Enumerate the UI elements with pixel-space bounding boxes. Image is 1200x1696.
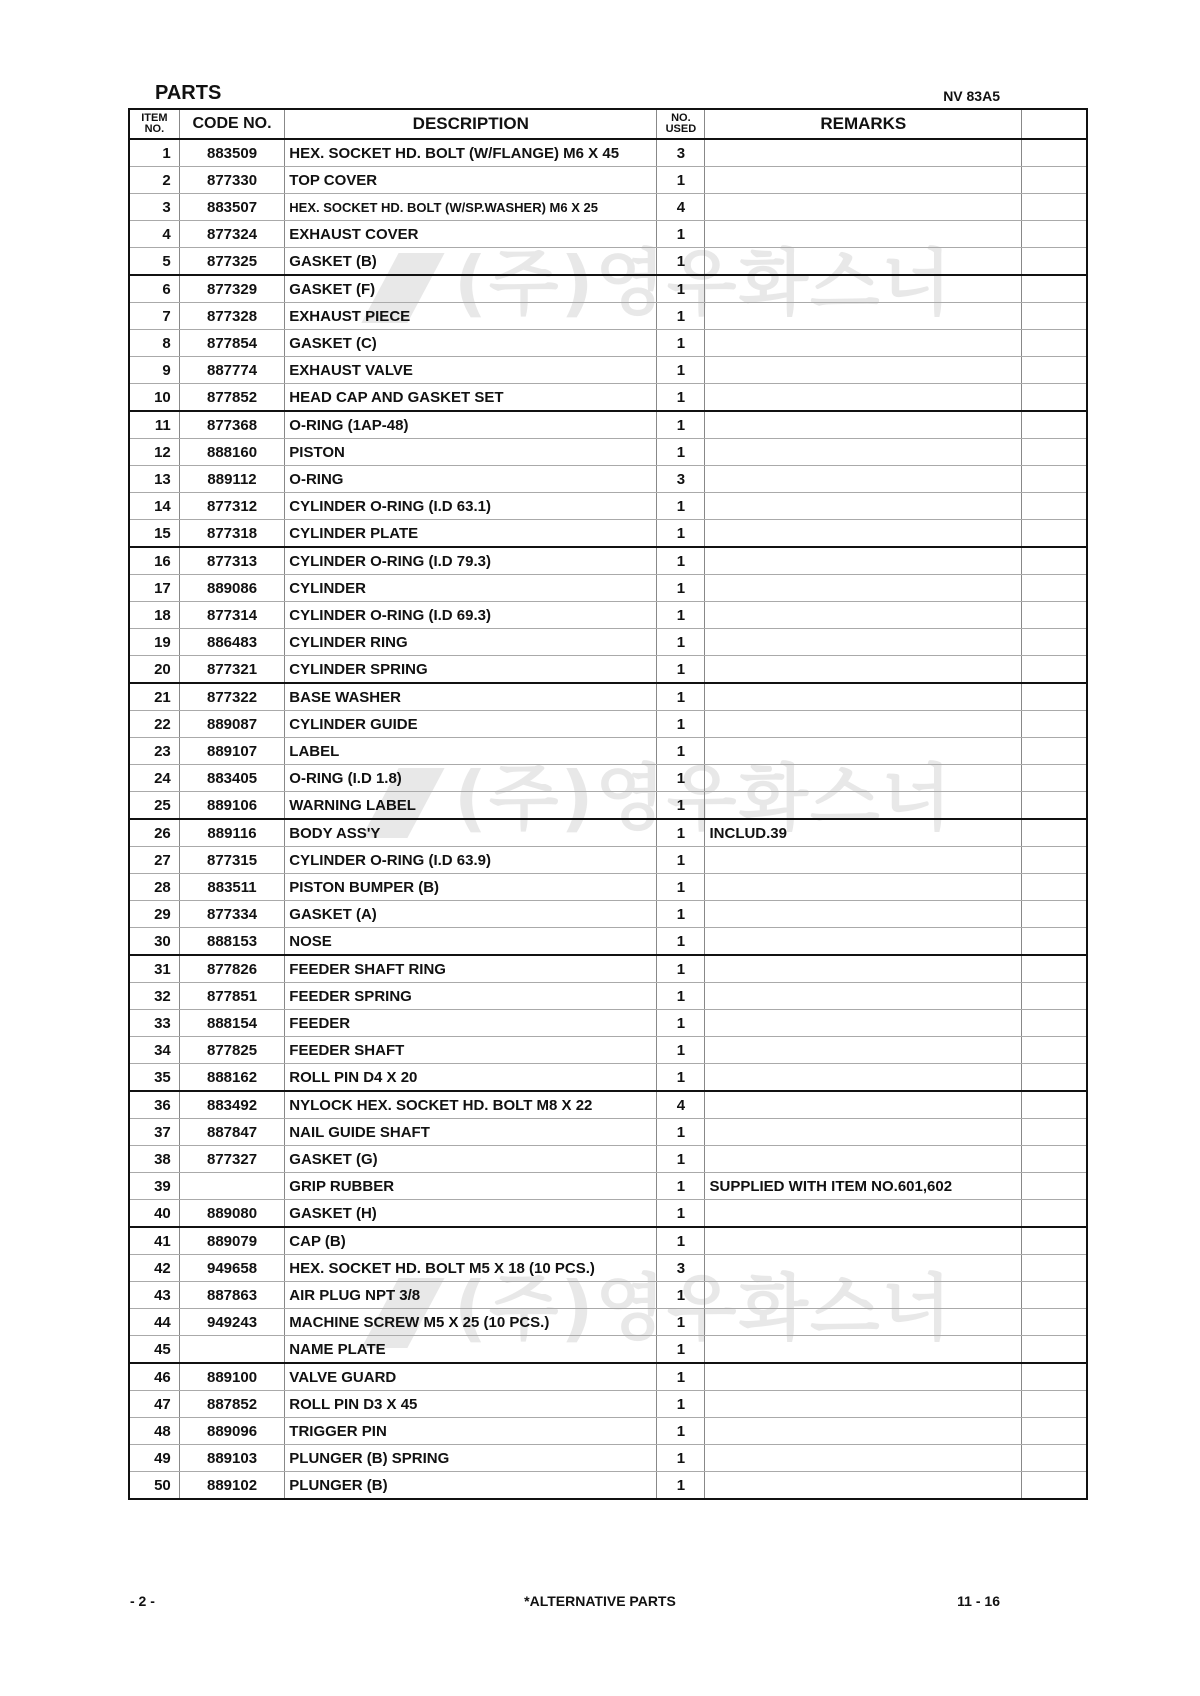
remarks-cell: [705, 1200, 1022, 1228]
item-no-cell: 37: [129, 1119, 179, 1146]
code-no-cell: 877327: [179, 1146, 285, 1173]
remarks-cell: [705, 520, 1022, 548]
remarks-cell: INCLUD.39: [705, 819, 1022, 847]
table-row: 37887847NAIL GUIDE SHAFT1: [129, 1119, 1087, 1146]
item-no-cell: 44: [129, 1309, 179, 1336]
description-cell: HEX. SOCKET HD. BOLT (W/SP.WASHER) M6 X …: [285, 194, 657, 221]
remarks-cell: [705, 928, 1022, 956]
code-no-cell: 877325: [179, 248, 285, 276]
description-cell: CYLINDER O-RING (I.D 69.3): [285, 602, 657, 629]
no-used-cell: 1: [657, 629, 705, 656]
no-used-cell: 1: [657, 928, 705, 956]
blank-cell: [1022, 1091, 1087, 1119]
blank-cell: [1022, 874, 1087, 901]
no-used-cell: 1: [657, 1445, 705, 1472]
remarks-cell: SUPPLIED WITH ITEM NO.601,602: [705, 1173, 1022, 1200]
item-no-cell: 24: [129, 765, 179, 792]
description-cell: NAME PLATE: [285, 1336, 657, 1364]
item-no-cell: 7: [129, 303, 179, 330]
item-no-cell: 20: [129, 656, 179, 684]
description-cell: CYLINDER: [285, 575, 657, 602]
description-cell: FEEDER SHAFT RING: [285, 955, 657, 983]
remarks-cell: [705, 1091, 1022, 1119]
no-used-cell: 4: [657, 1091, 705, 1119]
description-cell: EXHAUST VALVE: [285, 357, 657, 384]
item-no-cell: 22: [129, 711, 179, 738]
description-cell: FEEDER SPRING: [285, 983, 657, 1010]
no-used-cell: 3: [657, 1255, 705, 1282]
remarks-cell: [705, 357, 1022, 384]
description-cell: FEEDER: [285, 1010, 657, 1037]
description-cell: EXHAUST PIECE: [285, 303, 657, 330]
description-cell: O-RING: [285, 466, 657, 493]
no-used-cell: 1: [657, 167, 705, 194]
description-cell: ROLL PIN D3 X 45: [285, 1391, 657, 1418]
no-used-cell: 1: [657, 1010, 705, 1037]
item-no-cell: 38: [129, 1146, 179, 1173]
code-no-cell: 883492: [179, 1091, 285, 1119]
remarks-cell: [705, 1282, 1022, 1309]
code-no-cell: 877330: [179, 167, 285, 194]
table-row: 25889106WARNING LABEL1: [129, 792, 1087, 820]
description-cell: PISTON: [285, 439, 657, 466]
description-cell: GASKET (A): [285, 901, 657, 928]
blank-cell: [1022, 738, 1087, 765]
code-no-cell: 877318: [179, 520, 285, 548]
blank-cell: [1022, 411, 1087, 439]
blank-cell: [1022, 303, 1087, 330]
no-used-cell: 1: [657, 819, 705, 847]
remarks-cell: [705, 384, 1022, 412]
table-row: 20877321CYLINDER SPRING1: [129, 656, 1087, 684]
blank-cell: [1022, 683, 1087, 711]
blank-cell: [1022, 1472, 1087, 1500]
table-row: 4877324EXHAUST COVER1: [129, 221, 1087, 248]
table-row: 28883511PISTON BUMPER (B)1: [129, 874, 1087, 901]
description-cell: CYLINDER SPRING: [285, 656, 657, 684]
no-used-cell: 1: [657, 275, 705, 303]
no-used-cell: 1: [657, 602, 705, 629]
table-row: 41889079CAP (B)1: [129, 1227, 1087, 1255]
remarks-cell: [705, 1064, 1022, 1092]
table-row: 18877314CYLINDER O-RING (I.D 69.3)1: [129, 602, 1087, 629]
item-no-cell: 2: [129, 167, 179, 194]
parts-table: ITEMNO. CODE NO. DESCRIPTION NO.USED REM…: [128, 108, 1088, 1500]
no-used-cell: 1: [657, 384, 705, 412]
description-cell: CYLINDER O-RING (I.D 79.3): [285, 547, 657, 575]
item-no-cell: 35: [129, 1064, 179, 1092]
item-no-cell: 41: [129, 1227, 179, 1255]
table-row: 36883492NYLOCK HEX. SOCKET HD. BOLT M8 X…: [129, 1091, 1087, 1119]
no-used-cell: 1: [657, 656, 705, 684]
code-no-cell: 877826: [179, 955, 285, 983]
description-cell: FEEDER SHAFT: [285, 1037, 657, 1064]
remarks-cell: [705, 901, 1022, 928]
column-header-item-no: ITEMNO.: [129, 109, 179, 139]
code-no-cell: 889107: [179, 738, 285, 765]
remarks-cell: [705, 1418, 1022, 1445]
remarks-cell: [705, 303, 1022, 330]
blank-cell: [1022, 1064, 1087, 1092]
remarks-cell: [705, 683, 1022, 711]
table-row: 12888160PISTON1: [129, 439, 1087, 466]
blank-cell: [1022, 955, 1087, 983]
remarks-cell: [705, 874, 1022, 901]
blank-cell: [1022, 194, 1087, 221]
description-cell: AIR PLUG NPT 3/8: [285, 1282, 657, 1309]
table-row: 32877851FEEDER SPRING1: [129, 983, 1087, 1010]
no-used-cell: 1: [657, 330, 705, 357]
code-no-cell: [179, 1336, 285, 1364]
item-no-cell: 36: [129, 1091, 179, 1119]
code-no-cell: 889087: [179, 711, 285, 738]
blank-cell: [1022, 1010, 1087, 1037]
description-cell: GASKET (B): [285, 248, 657, 276]
blank-cell: [1022, 1445, 1087, 1472]
revision-date: 11 - 16: [957, 1593, 1000, 1609]
code-no-cell: 889086: [179, 575, 285, 602]
column-header-blank: [1022, 109, 1087, 139]
remarks-cell: [705, 765, 1022, 792]
table-row: 16877313CYLINDER O-RING (I.D 79.3)1: [129, 547, 1087, 575]
no-used-cell: 1: [657, 1200, 705, 1228]
item-no-cell: 19: [129, 629, 179, 656]
blank-cell: [1022, 330, 1087, 357]
no-used-cell: 1: [657, 1336, 705, 1364]
code-no-cell: 877321: [179, 656, 285, 684]
code-no-cell: 883511: [179, 874, 285, 901]
blank-cell: [1022, 983, 1087, 1010]
code-no-cell: 888154: [179, 1010, 285, 1037]
description-cell: CYLINDER GUIDE: [285, 711, 657, 738]
description-cell: HEX. SOCKET HD. BOLT (W/FLANGE) M6 X 45: [285, 139, 657, 167]
code-no-cell: 888160: [179, 439, 285, 466]
table-row: 13889112O-RING3: [129, 466, 1087, 493]
description-cell: CYLINDER O-RING (I.D 63.1): [285, 493, 657, 520]
remarks-cell: [705, 275, 1022, 303]
item-no-cell: 49: [129, 1445, 179, 1472]
item-no-cell: 39: [129, 1173, 179, 1200]
description-cell: HEAD CAP AND GASKET SET: [285, 384, 657, 412]
blank-cell: [1022, 466, 1087, 493]
code-no-cell: 889079: [179, 1227, 285, 1255]
blank-cell: [1022, 928, 1087, 956]
no-used-cell: 1: [657, 792, 705, 820]
table-row: 38877327GASKET (G)1: [129, 1146, 1087, 1173]
table-row: 34877825FEEDER SHAFT1: [129, 1037, 1087, 1064]
code-no-cell: 889103: [179, 1445, 285, 1472]
item-no-cell: 10: [129, 384, 179, 412]
remarks-cell: [705, 602, 1022, 629]
table-row: 45NAME PLATE1: [129, 1336, 1087, 1364]
blank-cell: [1022, 167, 1087, 194]
code-no-cell: 877315: [179, 847, 285, 874]
no-used-cell: 1: [657, 520, 705, 548]
description-cell: GASKET (C): [285, 330, 657, 357]
table-row: 8877854GASKET (C)1: [129, 330, 1087, 357]
no-used-cell: 1: [657, 1227, 705, 1255]
no-used-cell: 1: [657, 1472, 705, 1500]
code-no-cell: 888153: [179, 928, 285, 956]
table-row: 7877328EXHAUST PIECE1: [129, 303, 1087, 330]
description-cell: ROLL PIN D4 X 20: [285, 1064, 657, 1092]
table-row: 24883405O-RING (I.D 1.8)1: [129, 765, 1087, 792]
remarks-cell: [705, 738, 1022, 765]
no-used-cell: 1: [657, 357, 705, 384]
no-used-cell: 1: [657, 411, 705, 439]
blank-cell: [1022, 901, 1087, 928]
description-cell: GASKET (G): [285, 1146, 657, 1173]
remarks-cell: [705, 629, 1022, 656]
remarks-cell: [705, 983, 1022, 1010]
table-row: 23889107LABEL1: [129, 738, 1087, 765]
code-no-cell: 877854: [179, 330, 285, 357]
remarks-cell: [705, 194, 1022, 221]
code-no-cell: 883507: [179, 194, 285, 221]
table-row: 42949658HEX. SOCKET HD. BOLT M5 X 18 (10…: [129, 1255, 1087, 1282]
item-no-cell: 11: [129, 411, 179, 439]
code-no-cell: 877328: [179, 303, 285, 330]
remarks-cell: [705, 1255, 1022, 1282]
code-no-cell: 887852: [179, 1391, 285, 1418]
no-used-cell: 1: [657, 1418, 705, 1445]
description-cell: CAP (B): [285, 1227, 657, 1255]
remarks-cell: [705, 1010, 1022, 1037]
blank-cell: [1022, 357, 1087, 384]
item-no-cell: 6: [129, 275, 179, 303]
item-no-cell: 18: [129, 602, 179, 629]
table-row: 17889086CYLINDER1: [129, 575, 1087, 602]
remarks-cell: [705, 411, 1022, 439]
blank-cell: [1022, 547, 1087, 575]
code-no-cell: 877825: [179, 1037, 285, 1064]
no-used-cell: 1: [657, 765, 705, 792]
code-no-cell: 949658: [179, 1255, 285, 1282]
item-no-cell: 34: [129, 1037, 179, 1064]
no-used-cell: 1: [657, 1309, 705, 1336]
no-used-cell: 1: [657, 955, 705, 983]
description-cell: PISTON BUMPER (B): [285, 874, 657, 901]
table-row: 1883509HEX. SOCKET HD. BOLT (W/FLANGE) M…: [129, 139, 1087, 167]
item-no-cell: 13: [129, 466, 179, 493]
no-used-cell: 1: [657, 439, 705, 466]
item-no-cell: 25: [129, 792, 179, 820]
blank-cell: [1022, 1200, 1087, 1228]
item-no-cell: 1: [129, 139, 179, 167]
item-no-cell: 32: [129, 983, 179, 1010]
description-cell: BODY ASS'Y: [285, 819, 657, 847]
description-cell: EXHAUST COVER: [285, 221, 657, 248]
remarks-cell: [705, 656, 1022, 684]
description-cell: GASKET (H): [285, 1200, 657, 1228]
code-no-cell: 889096: [179, 1418, 285, 1445]
code-no-cell: 889112: [179, 466, 285, 493]
description-cell: HEX. SOCKET HD. BOLT M5 X 18 (10 PCS.): [285, 1255, 657, 1282]
remarks-cell: [705, 1309, 1022, 1336]
no-used-cell: 1: [657, 493, 705, 520]
description-cell: NYLOCK HEX. SOCKET HD. BOLT M8 X 22: [285, 1091, 657, 1119]
blank-cell: [1022, 629, 1087, 656]
table-row: 11877368O-RING (1AP-48)1: [129, 411, 1087, 439]
table-row: 33888154FEEDER1: [129, 1010, 1087, 1037]
blank-cell: [1022, 1391, 1087, 1418]
no-used-cell: 3: [657, 466, 705, 493]
blank-cell: [1022, 1336, 1087, 1364]
no-used-cell: 1: [657, 1363, 705, 1391]
blank-cell: [1022, 819, 1087, 847]
remarks-cell: [705, 1391, 1022, 1418]
remarks-cell: [705, 1472, 1022, 1500]
blank-cell: [1022, 1037, 1087, 1064]
code-no-cell: 889100: [179, 1363, 285, 1391]
remarks-cell: [705, 1445, 1022, 1472]
blank-cell: [1022, 139, 1087, 167]
no-used-cell: 1: [657, 1146, 705, 1173]
code-no-cell: 877314: [179, 602, 285, 629]
page-title: PARTS: [155, 82, 221, 105]
table-row: 27877315CYLINDER O-RING (I.D 63.9)1: [129, 847, 1087, 874]
blank-cell: [1022, 1418, 1087, 1445]
remarks-cell: [705, 1227, 1022, 1255]
table-row: 9887774EXHAUST VALVE1: [129, 357, 1087, 384]
no-used-cell: 1: [657, 901, 705, 928]
alternative-parts-note: *ALTERNATIVE PARTS: [0, 1593, 1200, 1609]
blank-cell: [1022, 711, 1087, 738]
table-row: 2877330TOP COVER1: [129, 167, 1087, 194]
blank-cell: [1022, 1309, 1087, 1336]
item-no-cell: 27: [129, 847, 179, 874]
remarks-cell: [705, 792, 1022, 820]
blank-cell: [1022, 439, 1087, 466]
item-no-cell: 28: [129, 874, 179, 901]
table-row: 47887852ROLL PIN D3 X 451: [129, 1391, 1087, 1418]
blank-cell: [1022, 656, 1087, 684]
description-cell: PLUNGER (B): [285, 1472, 657, 1500]
column-header-description: DESCRIPTION: [285, 109, 657, 139]
code-no-cell: 877329: [179, 275, 285, 303]
no-used-cell: 1: [657, 1282, 705, 1309]
item-no-cell: 40: [129, 1200, 179, 1228]
description-cell: TRIGGER PIN: [285, 1418, 657, 1445]
description-cell: GASKET (F): [285, 275, 657, 303]
table-row: 30888153NOSE1: [129, 928, 1087, 956]
table-row: 48889096TRIGGER PIN1: [129, 1418, 1087, 1445]
code-no-cell: 883405: [179, 765, 285, 792]
remarks-cell: [705, 139, 1022, 167]
code-no-cell: 883509: [179, 139, 285, 167]
remarks-cell: [705, 330, 1022, 357]
no-used-cell: 1: [657, 1064, 705, 1092]
code-no-cell: 889102: [179, 1472, 285, 1500]
blank-cell: [1022, 275, 1087, 303]
item-no-cell: 43: [129, 1282, 179, 1309]
no-used-cell: 1: [657, 738, 705, 765]
table-row: 19886483CYLINDER RING1: [129, 629, 1087, 656]
item-no-cell: 14: [129, 493, 179, 520]
code-no-cell: 877312: [179, 493, 285, 520]
remarks-cell: [705, 167, 1022, 194]
blank-cell: [1022, 1119, 1087, 1146]
code-no-cell: 887774: [179, 357, 285, 384]
item-no-cell: 26: [129, 819, 179, 847]
blank-cell: [1022, 1282, 1087, 1309]
blank-cell: [1022, 384, 1087, 412]
column-header-remarks: REMARKS: [705, 109, 1022, 139]
remarks-cell: [705, 493, 1022, 520]
code-no-cell: 886483: [179, 629, 285, 656]
column-header-no-used: NO.USED: [657, 109, 705, 139]
item-no-cell: 47: [129, 1391, 179, 1418]
blank-cell: [1022, 602, 1087, 629]
remarks-cell: [705, 1336, 1022, 1364]
remarks-cell: [705, 1119, 1022, 1146]
code-no-cell: 877852: [179, 384, 285, 412]
code-no-cell: 877334: [179, 901, 285, 928]
table-row: 6877329GASKET (F)1: [129, 275, 1087, 303]
table-row: 50889102PLUNGER (B)1: [129, 1472, 1087, 1500]
item-no-cell: 42: [129, 1255, 179, 1282]
no-used-cell: 1: [657, 1037, 705, 1064]
item-no-cell: 48: [129, 1418, 179, 1445]
table-row: 29877334GASKET (A)1: [129, 901, 1087, 928]
remarks-cell: [705, 466, 1022, 493]
remarks-cell: [705, 439, 1022, 466]
description-cell: TOP COVER: [285, 167, 657, 194]
no-used-cell: 1: [657, 547, 705, 575]
item-no-cell: 50: [129, 1472, 179, 1500]
no-used-cell: 1: [657, 303, 705, 330]
no-used-cell: 1: [657, 248, 705, 276]
blank-cell: [1022, 493, 1087, 520]
item-no-cell: 8: [129, 330, 179, 357]
table-row: 31877826FEEDER SHAFT RING1: [129, 955, 1087, 983]
item-no-cell: 46: [129, 1363, 179, 1391]
no-used-cell: 1: [657, 1391, 705, 1418]
blank-cell: [1022, 520, 1087, 548]
table-row: 3883507HEX. SOCKET HD. BOLT (W/SP.WASHER…: [129, 194, 1087, 221]
code-no-cell: 877368: [179, 411, 285, 439]
code-no-cell: 877851: [179, 983, 285, 1010]
table-row: 15877318CYLINDER PLATE1: [129, 520, 1087, 548]
description-cell: CYLINDER PLATE: [285, 520, 657, 548]
remarks-cell: [705, 847, 1022, 874]
remarks-cell: [705, 1037, 1022, 1064]
blank-cell: [1022, 792, 1087, 820]
code-no-cell: 877322: [179, 683, 285, 711]
table-row: 10877852HEAD CAP AND GASKET SET1: [129, 384, 1087, 412]
blank-cell: [1022, 1227, 1087, 1255]
table-row: 26889116BODY ASS'Y1INCLUD.39: [129, 819, 1087, 847]
no-used-cell: 1: [657, 575, 705, 602]
item-no-cell: 12: [129, 439, 179, 466]
remarks-cell: [705, 575, 1022, 602]
item-no-cell: 31: [129, 955, 179, 983]
code-no-cell: 889080: [179, 1200, 285, 1228]
item-no-cell: 45: [129, 1336, 179, 1364]
table-row: 21877322BASE WASHER1: [129, 683, 1087, 711]
description-cell: BASE WASHER: [285, 683, 657, 711]
code-no-cell: 877313: [179, 547, 285, 575]
code-no-cell: 888162: [179, 1064, 285, 1092]
blank-cell: [1022, 1146, 1087, 1173]
no-used-cell: 1: [657, 874, 705, 901]
description-cell: WARNING LABEL: [285, 792, 657, 820]
item-no-cell: 21: [129, 683, 179, 711]
description-cell: PLUNGER (B) SPRING: [285, 1445, 657, 1472]
remarks-cell: [705, 711, 1022, 738]
code-no-cell: [179, 1173, 285, 1200]
table-row: 39GRIP RUBBER1SUPPLIED WITH ITEM NO.601,…: [129, 1173, 1087, 1200]
